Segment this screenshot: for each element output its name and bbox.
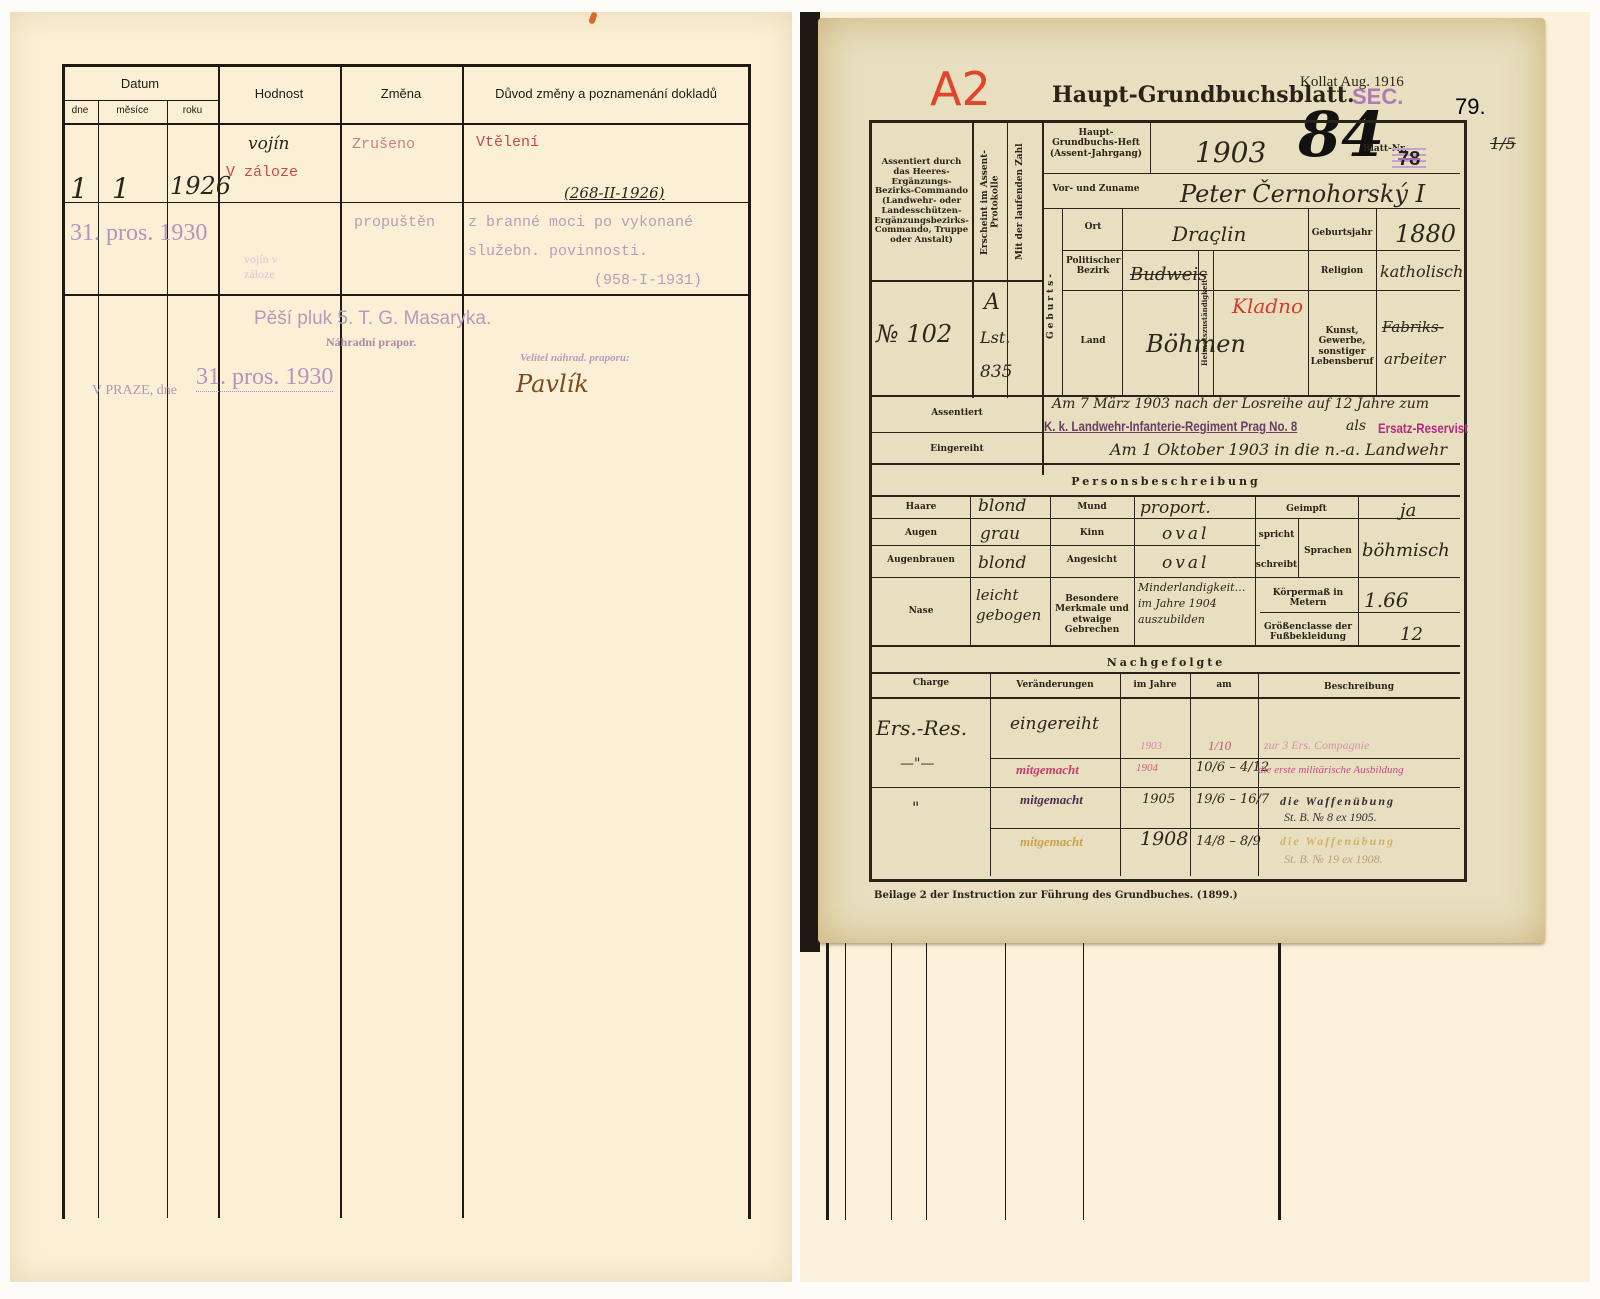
col-divider — [1122, 208, 1123, 395]
header-charge: Charge — [872, 678, 990, 688]
nach-row2-beschreibung: die erste militärische Ausbildung — [1258, 764, 1404, 776]
label-fussbekleidung: Größenclasse der Fußbekleidung — [1258, 622, 1358, 643]
table-right-border — [748, 64, 751, 1219]
nach-row3-beschreibung: die Waffenübung — [1280, 794, 1395, 809]
row1-hodnost-stamp: V záloze — [226, 164, 298, 181]
row2-duvod-line2: služebn. povinnosti. — [468, 243, 648, 260]
label-erscheint: Erscheint im Assent-Protokolle — [980, 128, 1001, 276]
row1-zmena: Zrušeno — [352, 136, 415, 153]
value-koerpermass: 1.66 — [1364, 588, 1409, 612]
col-divider — [1376, 208, 1377, 395]
value-assentiert-text: Am 7 März 1903 nach der Losreihe auf 12 … — [1052, 396, 1429, 412]
value-protokoll-sub: Lst. — [980, 328, 1010, 347]
nach-row3-am: 19/6 – 16/7 — [1196, 792, 1269, 807]
col-divider — [1278, 940, 1281, 1220]
col-divider — [1150, 123, 1151, 173]
label-mund: Mund — [1050, 502, 1134, 512]
nach-row2-charge: —"— — [900, 756, 934, 772]
label-laufende-zahl: Mit der laufenden Zahl — [1015, 128, 1025, 276]
value-geimpft: ja — [1400, 500, 1416, 521]
value-haare: blond — [978, 496, 1026, 516]
row1-hodnost-hand: vojín — [248, 134, 290, 154]
row-divider — [1042, 173, 1460, 174]
col-divider — [167, 100, 168, 1218]
col-divider — [1050, 495, 1051, 645]
value-beruf: arbeiter — [1384, 350, 1445, 368]
value-fussbekleidung: 12 — [1400, 624, 1423, 645]
col-divider — [1083, 940, 1084, 1220]
nach-row3-veraenderung: mitgemacht — [1020, 792, 1083, 808]
col-divider — [826, 940, 829, 1220]
row2-hodnost-faint: vojín v záloze — [244, 252, 284, 282]
table-top-border — [62, 64, 750, 67]
header-zmena: Změna — [340, 86, 462, 101]
nach-row4-beschreibung: die Waffenübung — [1280, 834, 1395, 849]
header-im-jahre: im Jahre — [1120, 680, 1190, 690]
unit-stamp: Pěší pluk 5. T. G. Masaryka. — [254, 308, 491, 330]
label-augen: Augen — [872, 528, 970, 538]
value-kinn: oval — [1162, 524, 1209, 544]
header-mesice: měsíce — [98, 105, 167, 116]
value-bezirk-crossed: Budweis — [1130, 264, 1207, 285]
row-divider — [872, 787, 1460, 788]
header-dne: dne — [62, 105, 98, 116]
value-mund: proport. — [1140, 498, 1211, 518]
value-religion: katholisch — [1380, 262, 1463, 281]
place-prefix: V PRAZE, dne — [92, 383, 177, 399]
col-divider — [1007, 123, 1008, 398]
row-divider — [872, 545, 1260, 546]
signature: Pavlík — [516, 370, 589, 398]
value-augen: grau — [980, 524, 1020, 544]
label-kinn: Kinn — [1050, 528, 1134, 538]
row-divider — [872, 672, 1460, 674]
header-roku: roku — [167, 105, 218, 116]
row2-reference: (958-I-1931) — [594, 272, 702, 289]
label-name: Vor- und Zuname — [1046, 184, 1146, 194]
row1-dne: 1 — [70, 172, 88, 205]
col-divider — [218, 64, 220, 1218]
value-protokoll-num: 835 — [980, 362, 1012, 382]
reservist-stamp: Ersatz-Reservist — [1378, 420, 1468, 436]
section-nachgefolgte: Nachgefolgte — [872, 657, 1460, 670]
place-date: 31. pros. 1930 — [196, 364, 333, 392]
col-divider — [845, 940, 846, 1220]
value-heft-year: 1903 — [1195, 136, 1266, 169]
value-beruf-crossed: Fabriks- — [1382, 318, 1444, 336]
row-divider — [62, 294, 750, 296]
nach-row1-am: 1/10 — [1208, 738, 1231, 754]
col-divider — [462, 64, 464, 1218]
corner-fraction: 1/5 — [1490, 134, 1516, 153]
label-schreibt: schreibt — [1255, 560, 1298, 570]
row1-duvod: Vtělení — [476, 134, 539, 151]
nach-row4-jahr: 1908 — [1140, 828, 1188, 850]
col-divider — [926, 940, 927, 1220]
row2-zmena: propuštěn — [354, 214, 435, 231]
label-beruf: Kunst, Gewerbe, sonstiger Lebensberuf — [1310, 326, 1374, 367]
row-divider — [872, 518, 1460, 519]
value-nase: leicht gebogen — [976, 586, 1036, 625]
col-divider — [1190, 672, 1191, 876]
header-veraenderungen: Veränderungen — [990, 680, 1120, 690]
row-divider — [990, 758, 1460, 759]
header-bottom-border — [62, 123, 750, 125]
card-binding-edge — [800, 12, 820, 952]
label-haare: Haare — [872, 502, 970, 512]
col-divider — [970, 495, 971, 645]
nach-row2-veraenderung: mitgemacht — [1016, 762, 1079, 778]
label-religion: Religion — [1310, 266, 1374, 276]
label-geimpft: Geimpft — [1255, 504, 1358, 514]
table-left-border — [62, 64, 65, 1219]
row2-duvod-line1: z branné moci po vykonané — [468, 214, 693, 231]
nach-row1-jahr: 1903 — [1140, 740, 1162, 752]
value-augenbrauen: blond — [978, 553, 1026, 573]
col-divider — [1358, 495, 1359, 645]
row-divider — [1260, 612, 1460, 613]
col-divider — [1005, 940, 1006, 1220]
nach-row4-beschreibung2: St. B. № 19 ex 1908. — [1284, 852, 1383, 867]
col-divider — [98, 100, 99, 1218]
label-bezirk: Politischer Bezirk — [1066, 256, 1120, 277]
row-divider — [872, 577, 1460, 578]
label-angesicht: Angesicht — [1050, 555, 1134, 565]
section-personsbeschreibung: Personsbeschreibung — [872, 476, 1460, 489]
row-divider — [872, 432, 1042, 433]
nach-row4-veraenderung: mitgemacht — [1020, 834, 1083, 850]
header-datum: Datum — [62, 76, 218, 91]
row2-date-stamp: 31. pros. 1930 — [70, 220, 207, 247]
row-divider — [872, 697, 1460, 699]
col-divider — [990, 672, 991, 876]
value-bezirk-red: Kladno — [1232, 294, 1303, 318]
nach-row3-charge: " — [912, 798, 919, 817]
nach-row1-beschreibung: zur 3 Ers. Compagnie — [1264, 738, 1369, 753]
label-assentiert-durch: Assentiert durch das Heeres-Ergänzungs-B… — [873, 158, 970, 246]
col-divider — [1308, 208, 1309, 395]
label-geburts: Geburts- — [1046, 260, 1056, 350]
label-merkmale: Besondere Merkmale und etwaige Gebrechen — [1052, 594, 1132, 635]
stain — [588, 11, 598, 24]
col-divider — [972, 123, 974, 398]
regiment-stamp: K. k. Landwehr-Infanterie-Regiment Prag … — [1044, 418, 1297, 434]
value-eingereiht-text: Am 1 Oktober 1903 in die n.-a. Landwehr — [1110, 440, 1447, 459]
value-land: Böhmen — [1146, 330, 1246, 358]
commander-label: Velitel náhrad. praporu: — [520, 352, 630, 364]
value-name: Peter Černohorský I — [1180, 180, 1425, 208]
col-divider — [1120, 672, 1121, 876]
value-geburtsjahr: 1880 — [1395, 220, 1456, 248]
row-divider — [62, 202, 750, 203]
header-duvod: Důvod změny a poznamenání dokladů — [462, 86, 750, 101]
value-number: № 102 — [876, 320, 952, 348]
value-ort: Draҫlin — [1172, 222, 1246, 246]
col-divider — [1134, 495, 1135, 645]
value-merkmale: Minderlandigkeit… im Jahre 1904 auszubil… — [1138, 580, 1254, 628]
row-divider — [872, 280, 1042, 282]
nach-row1-charge: Ers.-Res. — [876, 716, 967, 740]
label-sprachen: Sprachen — [1298, 546, 1358, 556]
header-beschreibung: Beschreibung — [1258, 682, 1460, 692]
card-footer: Beilage 2 der Instruction zur Führung de… — [874, 890, 1238, 901]
col-divider — [891, 940, 892, 1220]
value-protokoll-letter: A — [984, 290, 1000, 315]
value-als: als — [1346, 418, 1366, 434]
col-divider — [340, 64, 342, 1218]
row1-reference: (268-II-1926) — [564, 184, 665, 202]
nach-row1-veraenderung: eingereiht — [1010, 714, 1099, 734]
row-divider — [872, 645, 1460, 647]
row-divider — [1062, 250, 1460, 251]
row-divider — [872, 463, 1460, 465]
row-divider — [1062, 290, 1460, 291]
row-divider — [990, 828, 1460, 829]
header-am: am — [1190, 680, 1258, 690]
annotation-a2: A2 — [930, 62, 991, 116]
label-assentiert: Assentiert — [873, 408, 1041, 418]
label-eingereiht: Eingereiht — [873, 444, 1041, 454]
label-koerpermass: Körpermaß in Metern — [1258, 588, 1358, 609]
header-hodnost: Hodnost — [218, 86, 340, 101]
col-divider — [1213, 250, 1214, 395]
row1-mesice: 1 — [112, 172, 130, 205]
battalion-stamp: Náhradní prapor. — [326, 335, 416, 350]
nach-row2-jahr: 1904 — [1136, 762, 1158, 774]
row-divider — [872, 495, 1460, 497]
value-blatt-crossed: 78 — [1392, 148, 1426, 171]
row1-roku: 1926 — [170, 172, 231, 200]
label-spricht: spricht — [1255, 530, 1298, 540]
label-nase: Nase — [872, 606, 970, 616]
corner-note: 79. — [1455, 94, 1486, 120]
label-geburtsjahr: Geburtsjahr — [1310, 228, 1374, 238]
label-augenbrauen: Augenbrauen — [872, 555, 970, 565]
row-divider — [62, 100, 218, 101]
label-land: Land — [1066, 336, 1120, 346]
col-divider — [1062, 208, 1063, 395]
label-heft: Haupt-Grundbuchs-Heft (Assent-Jahrgang) — [1046, 128, 1146, 159]
nach-row3-beschreibung2: St. B. № 8 ex 1905. — [1284, 810, 1377, 825]
nach-row4-am: 14/8 – 8/9 — [1196, 834, 1261, 849]
value-angesicht: oval — [1162, 553, 1209, 573]
row-divider — [1042, 208, 1460, 209]
label-ort: Ort — [1066, 222, 1120, 232]
nach-row3-jahr: 1905 — [1142, 792, 1175, 807]
value-sprachen: böhmisch — [1362, 540, 1450, 561]
